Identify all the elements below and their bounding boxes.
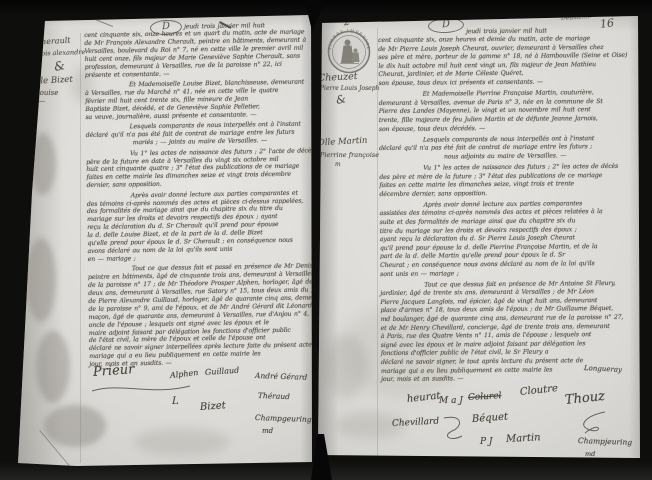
signature-bequet: Béquet xyxy=(472,411,509,424)
margin-note-groom-firstnames: Pierre Louis Joseph xyxy=(320,85,379,92)
manuscript-paragraph: Tout ce que dessus fait et passé en prés… xyxy=(88,263,312,369)
margin-note-bride-firstname: Louise xyxy=(35,89,58,97)
manuscript-paragraph: Lesquels comparants de nous interpellés … xyxy=(379,134,631,162)
right-page: 2 Deuxième 16 TIMBRE IMPÉRIAL Cheuzet Pi… xyxy=(316,14,642,462)
signature-initial-l: L xyxy=(172,396,179,407)
signature-heurat: heurat xyxy=(406,391,441,405)
signature-guillaud: Guillaud xyxy=(205,366,240,377)
stamp-figure-small xyxy=(352,53,360,63)
manuscript-paragraph: Après avoir donné lecture aux parties co… xyxy=(87,189,312,264)
folio-note: Deuxième xyxy=(561,14,592,22)
paper-stain xyxy=(134,428,230,456)
margin-note-dash: — xyxy=(39,98,45,105)
margin-note-groom-name: Cheuzet xyxy=(318,71,358,84)
signature-cloutre: Cloutre xyxy=(519,383,558,398)
signature-flourish xyxy=(440,414,466,444)
paper-stain xyxy=(36,331,70,403)
manuscript-line: son épouse, tous deux décédés. — xyxy=(379,123,631,134)
signature-thouz: Thouz xyxy=(564,389,605,408)
signature-md-paraph: md xyxy=(262,427,273,435)
signature-alphen: Alphen xyxy=(170,368,199,380)
manuscript-paragraph: jeudi trois janvier mil huitcent cinquan… xyxy=(378,26,631,88)
margin-note-bride-firstnames: Pierrine françoise xyxy=(320,151,379,159)
signature-theraud: Théraud xyxy=(258,391,290,401)
margin-note-ampersand: & xyxy=(53,58,66,74)
margin-note-groom-name: J.L Cherault xyxy=(22,36,71,48)
paper-stain xyxy=(26,238,56,322)
signature-chevillard: Chevillard xyxy=(392,417,440,429)
signature-ma-j: M a J xyxy=(439,396,463,406)
paper-stain xyxy=(44,405,106,447)
manuscript-paragraph: Lesquels comparants de nous interpellés … xyxy=(86,121,312,148)
margin-note-ampersand: & xyxy=(335,92,347,107)
margin-rule xyxy=(80,33,81,463)
left-page: 1 J.L Cherault françois alexandre & Mell… xyxy=(16,13,312,466)
manuscript-text-left: jeudi trois janvier mil huitcent cinquan… xyxy=(84,18,312,369)
signature-struck-name: Colurel xyxy=(468,391,502,403)
signature-adjoint: Champgeuring xyxy=(255,413,312,424)
official-stamp-seal: TIMBRE IMPÉRIAL xyxy=(326,29,372,75)
paper-stain xyxy=(30,133,56,195)
signature-flourish xyxy=(90,381,195,395)
manuscript-line: jour, mois et an susdits. — xyxy=(381,374,633,385)
margin-note-bride-name: Melle Bizet xyxy=(24,75,73,88)
signature-md-paraph: md xyxy=(585,450,595,458)
signature-martin: Martin xyxy=(506,432,541,445)
scanned-register-spread: 1 J.L Cherault françois alexandre & Mell… xyxy=(0,0,652,480)
manuscript-line: décembre dernier, sans opposition. xyxy=(379,188,631,199)
folio-mark: 1 xyxy=(27,13,35,23)
manuscript-paragraph: Vu 1° les actes de naissance des futurs … xyxy=(86,147,312,190)
margin-note-bride-name: Dlle Martin xyxy=(318,136,368,149)
signature-p-j: P J xyxy=(480,437,493,447)
manuscript-line: son épouse, tous deux ici présents et co… xyxy=(378,78,630,89)
signature-andre-gerard: André Gérard xyxy=(255,371,308,382)
signature-flourish xyxy=(575,410,609,436)
manuscript-paragraph: Et Mademoiselle Pierrine Françoise Marti… xyxy=(379,89,631,134)
signature-prieur: Prieur xyxy=(92,362,134,380)
manuscript-paragraph: jeudi trois janvier mil huitcent cinquan… xyxy=(84,21,312,80)
margin-note-dash: m xyxy=(335,161,341,168)
manuscript-line: sont unis en — mariage ; xyxy=(380,268,632,279)
manuscript-text-right: jeudi trois janvier mil huitcent cinquan… xyxy=(378,24,633,385)
signature-adjoint: Champjeuring xyxy=(578,436,632,447)
margin-note-groom-firstnames: françois alexandre xyxy=(24,48,86,58)
manuscript-paragraph: Et Mademoiselle Louise Bizet, blanchisse… xyxy=(85,79,312,122)
manuscript-paragraph: Vu 1° les actes de naissance des futurs … xyxy=(379,163,631,200)
page-number: 2 xyxy=(344,18,351,28)
signature-bizet: Bizet xyxy=(200,400,226,413)
stamp-figure-head xyxy=(345,40,351,46)
manuscript-paragraph: Après avoir donné lecture aux parties co… xyxy=(380,200,633,280)
